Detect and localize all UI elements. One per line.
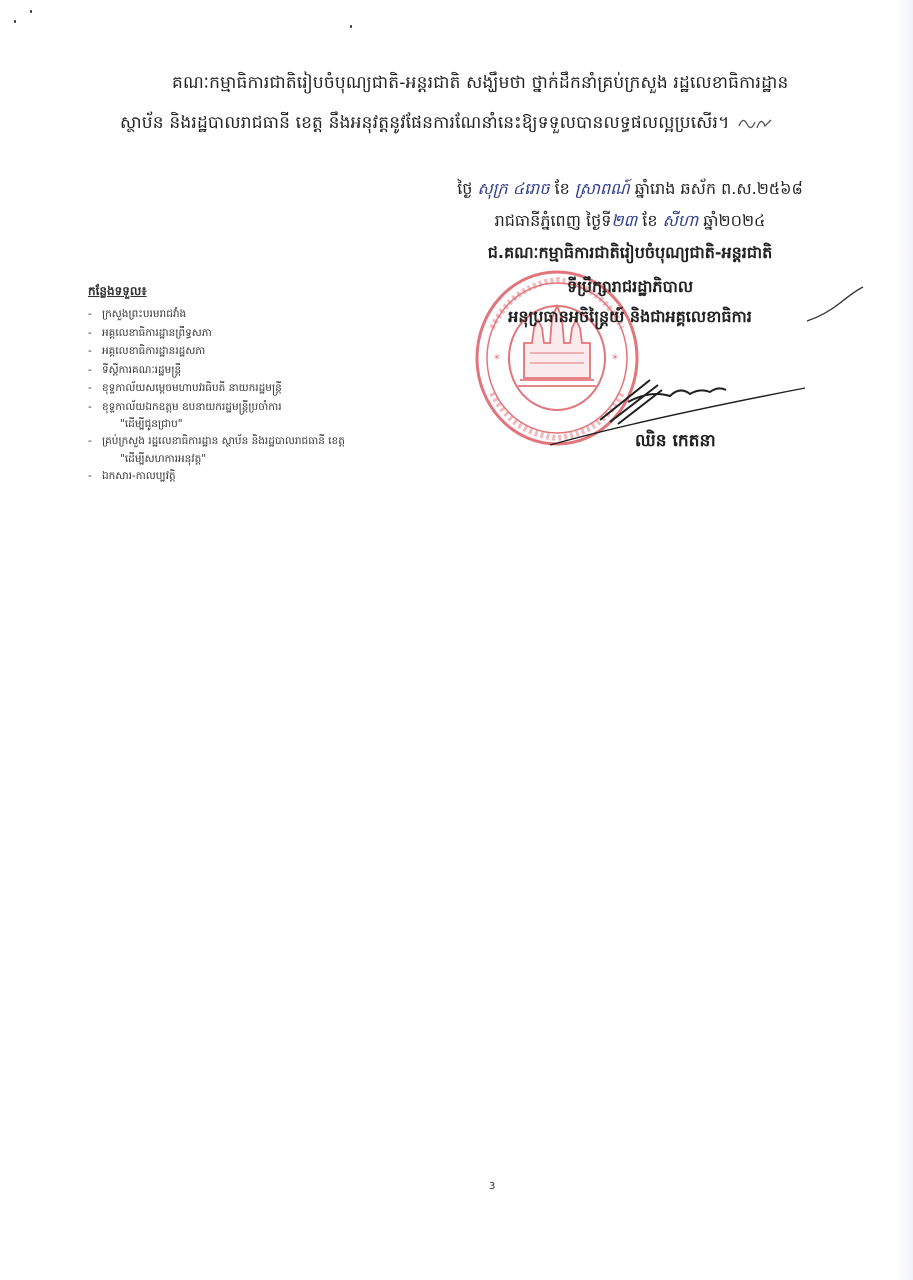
recipient-text: អគ្គលេខាធិការដ្ឋានព្រឹទ្ធសភា — [102, 327, 212, 339]
lunar-day-handwritten: សុក្រ ៤រោច — [478, 179, 550, 198]
recipient-text: គ្រប់ក្រសួង រដ្ឋលេខាធិការដ្ឋាន ស្ថាប័ន ន… — [102, 435, 345, 447]
body-text-line-1: គណៈកម្មាធិការជាតិរៀបចំបុណ្យជាតិ-អន្តរជាត… — [172, 72, 789, 97]
recipient-item: -អគ្គលេខាធិការដ្ឋានរដ្ឋសភា — [88, 342, 345, 361]
lunar-year: ឆ្នាំរោង ឆស័ក ព.ស.២៥៦៨ — [635, 179, 803, 198]
recipient-text: ខុទ្ទកាល័យសម្តេចមហាបវរធិបតី នាយករដ្ឋមន្ត… — [102, 382, 282, 394]
solar-date-prefix: រាជធានីភ្នំពេញ ថ្ងៃទី — [495, 211, 612, 230]
recipient-text: ក្រសួងព្រះបរមរាជវាំង — [102, 308, 186, 320]
lunar-month-handwritten: ស្រាពណ៍ — [575, 179, 630, 198]
solar-month-label: ខែ — [642, 211, 657, 230]
recipient-item: -អគ្គលេខាធិការដ្ឋានព្រឹទ្ធសភា — [88, 324, 345, 343]
signature-flourish-icon — [805, 285, 865, 325]
solar-month-handwritten: សីហា — [663, 211, 699, 230]
lunar-date-prefix: ថ្ងៃ — [457, 179, 472, 198]
recipient-item: -គ្រប់ក្រសួង រដ្ឋលេខាធិការដ្ឋាន ស្ថាប័ន … — [88, 432, 345, 451]
recipient-text: ទីស្តីការគណៈរដ្ឋមន្ត្រី — [102, 364, 181, 376]
lunar-month-label: ខែ — [555, 179, 570, 198]
recipient-item: -ឯកសារ-កាលប្បវត្តិ — [88, 467, 345, 486]
recipient-item: -ខុទ្ទកាល័យឯកឧត្តម ឧបនាយករដ្ឋមន្ត្រីប្រច… — [88, 398, 345, 417]
scan-speck — [30, 10, 32, 13]
lunar-date-line: ថ្ងៃ សុក្រ ៤រោច ខែ ស្រាពណ៍ ឆ្នាំរោង ឆស័ក… — [380, 178, 880, 202]
scan-speck — [14, 20, 16, 23]
svg-text:*: * — [494, 352, 500, 366]
recipient-text: ឯកសារ-កាលប្បវត្តិ — [102, 470, 176, 482]
signer-name: ឈិន កេតនា — [635, 430, 716, 455]
recipient-item: -ខុទ្ទកាល័យសម្តេចមហាបវរធិបតី នាយករដ្ឋមន្… — [88, 379, 345, 398]
recipient-item: -ក្រសួងព្រះបរមរាជវាំង — [88, 305, 345, 324]
recipient-note: "ដើម្បីជូនជ្រាប" — [88, 416, 345, 432]
solar-year: ឆ្នាំ២០២៤ — [703, 211, 765, 230]
solar-day-handwritten: ២៣ — [611, 211, 637, 230]
page-number: 3 — [489, 1181, 495, 1192]
recipient-note: "ដើម្បីសហការអនុវត្ត" — [88, 451, 345, 467]
reference-number: ជ.គណៈកម្មាធិការជាតិរៀបចំបុណ្យជាតិ-អន្តរជ… — [380, 242, 880, 266]
solar-date-line: រាជធានីភ្នំពេញ ថ្ងៃទី២៣ ខែ សីហា ឆ្នាំ២០២… — [380, 210, 880, 234]
recipient-text: អគ្គលេខាធិការដ្ឋានរដ្ឋសភា — [102, 345, 205, 357]
recipients-heading: កន្លែងទទួល៖ — [88, 283, 345, 301]
body-text-line-2: ស្ថាប័ន និងរដ្ឋបាលរាជធានី ខេត្ត នឹងអនុវត… — [120, 112, 773, 137]
recipient-item: -ទីស្តីការគណៈរដ្ឋមន្ត្រី — [88, 361, 345, 380]
handwritten-initials-icon — [737, 114, 773, 132]
recipients-list: កន្លែងទទួល៖ -ក្រសួងព្រះបរមរាជវាំង -អគ្គល… — [88, 283, 345, 485]
body-text-line-2-content: ស្ថាប័ន និងរដ្ឋបាលរាជធានី ខេត្ត នឹងអនុវត… — [120, 113, 730, 133]
scan-speck — [350, 25, 352, 28]
scan-edge-shadow — [895, 0, 913, 1280]
recipient-text: ខុទ្ទកាល័យឯកឧត្តម ឧបនាយករដ្ឋមន្ត្រីប្រចា… — [102, 401, 282, 413]
